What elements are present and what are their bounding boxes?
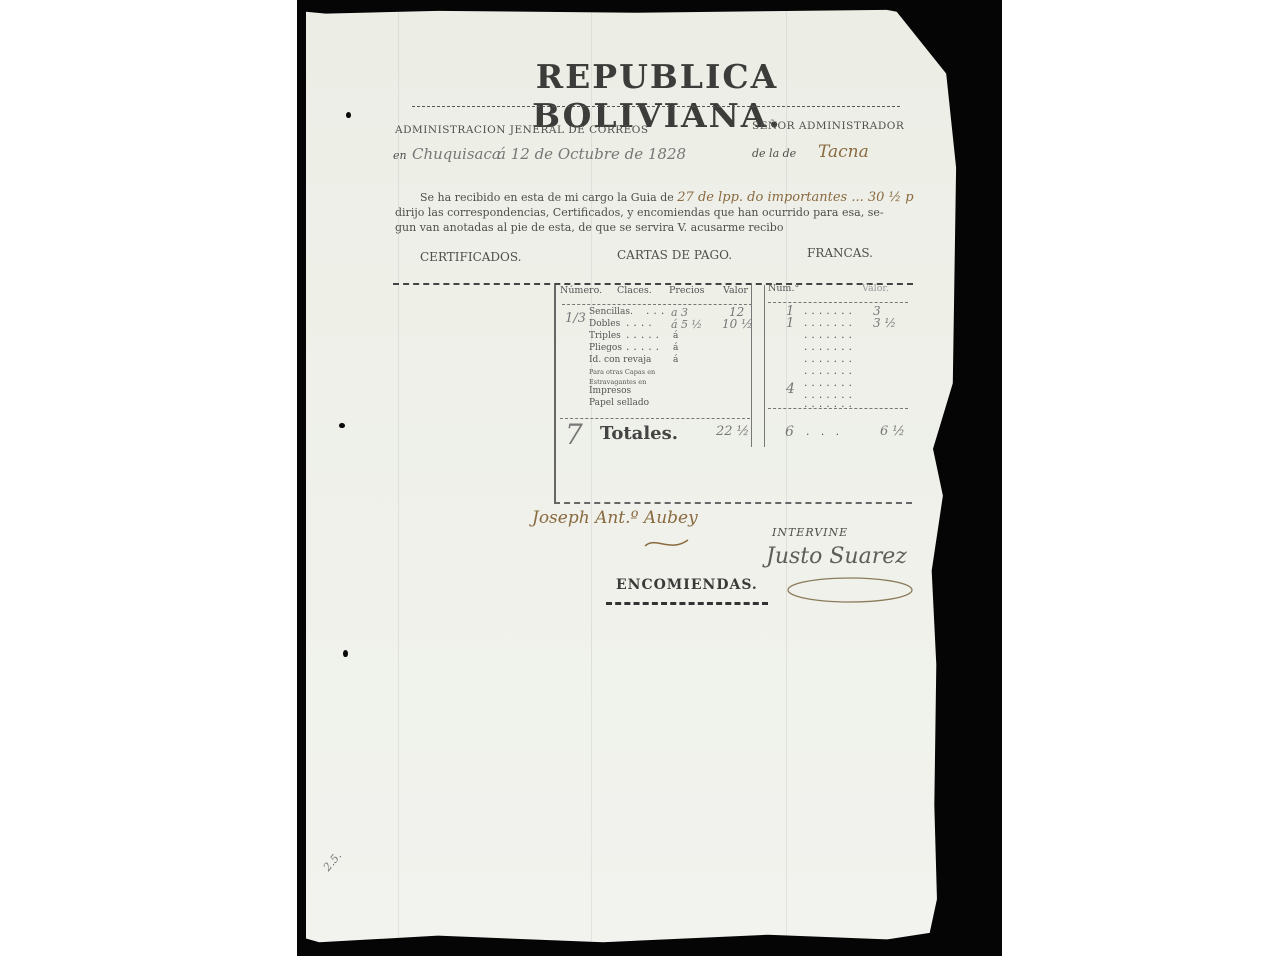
precio-dobles: á 5 ½ xyxy=(671,318,702,331)
leader-dots: ....... xyxy=(803,355,855,365)
punch-hole-mark xyxy=(343,650,348,657)
section-certificados: CERTIFICADOS. xyxy=(420,250,522,264)
leader-dots: . . . xyxy=(805,428,842,438)
leader-dots: ... xyxy=(645,307,667,317)
punch-hole-mark xyxy=(346,112,351,118)
leader-dots: ....... xyxy=(803,307,855,317)
addressee-place-handwritten: Tacna xyxy=(818,142,869,162)
col-header-valor-francas: Valor. xyxy=(862,283,889,294)
signature-left: Joseph Ant.º Aubey xyxy=(532,508,698,528)
interventor-label: INTERVINE xyxy=(772,526,848,539)
punch-hole-mark xyxy=(339,423,345,428)
place-handwritten: Chuquisaca xyxy=(412,145,501,163)
addressee-header: SEÑOR ADMINISTRADOR xyxy=(752,120,904,132)
row-label-otras-capas: Para otras Capas en xyxy=(589,368,655,376)
body-line-2: dirijo las correspondencias, Certificado… xyxy=(395,205,915,220)
leader-dots: ..... xyxy=(625,331,662,341)
col-header-valor: Valor xyxy=(723,285,748,296)
table-column-divider xyxy=(764,285,765,447)
body-line-3: gun van anotadas al pie de esta, de que … xyxy=(395,220,915,235)
place-prefix: en xyxy=(393,149,407,162)
totals-num-francas: 6 xyxy=(785,424,794,440)
totals-numero: 7 xyxy=(565,418,583,451)
leader-dots: ..... xyxy=(625,343,662,353)
col-header-precios: Precios xyxy=(669,285,705,296)
leader-dots: ....... xyxy=(803,400,855,410)
row-label-papel-sellado: Papel sellado xyxy=(589,398,649,408)
row-label-estravagantes: Estravagantes en xyxy=(589,378,646,386)
row-label-dobles: Dobles xyxy=(589,319,620,329)
table-totals-rule xyxy=(560,418,750,419)
row-numero-handwritten: 1/3 xyxy=(565,311,586,326)
section-francas: FRANCAS. xyxy=(807,246,873,260)
leader-dots: ....... xyxy=(803,343,855,353)
precio-triples: á xyxy=(673,331,678,341)
row-label-pliegos: Pliegos xyxy=(589,343,622,353)
table-column-divider xyxy=(751,285,752,447)
signature-right: Justo Suarez xyxy=(766,544,907,569)
row-label-sencillas: Sencillas. xyxy=(589,307,633,317)
signature-flourish-right xyxy=(780,570,930,610)
row-label-triples: Triples xyxy=(589,331,621,341)
signature-flourish-left xyxy=(640,528,700,558)
totals-valor-francas: 6 ½ xyxy=(880,424,905,439)
row-label-impresos: Impresos xyxy=(589,386,631,396)
leader-dots: ....... xyxy=(803,331,855,341)
row-label-revaja: Id. con revaja xyxy=(589,355,651,365)
col-header-claces: Claces. xyxy=(617,285,652,296)
body-paragraph: Se ha recibido en esta de mi cargo la Gu… xyxy=(395,190,915,235)
leader-dots: ....... xyxy=(803,367,855,377)
title-divider xyxy=(412,106,900,107)
num-francas-impresos: 4 xyxy=(786,381,795,397)
date-handwritten: á 12 de Octubre de 1828 xyxy=(497,145,686,163)
num-francas-dobles: 1 xyxy=(786,316,794,331)
body-line-1-printed: Se ha recibido en esta de mi cargo la Gu… xyxy=(420,191,674,204)
office-header: ADMINISTRACION JENERAL DE CORREOS xyxy=(395,124,649,136)
valor-dobles: 10 ½ xyxy=(722,317,753,331)
table-header-rule xyxy=(768,302,908,303)
col-header-numero: Número. xyxy=(560,285,602,296)
leader-dots: .... xyxy=(625,319,655,329)
table-header-rule xyxy=(562,304,752,305)
body-line-1-handwritten: 27 de lpp. do importantes ... 30 ½ p xyxy=(677,190,913,205)
encomiendas-underline xyxy=(606,602,768,605)
section-cartas-de-pago: CARTAS DE PAGO. xyxy=(617,248,732,262)
leader-dots: ....... xyxy=(803,319,855,329)
encomiendas-label: ENCOMIENDAS. xyxy=(616,577,758,593)
precio-pliegos: á xyxy=(673,343,678,353)
precio-revaja: á xyxy=(673,355,678,365)
col-header-num-francas: Núm.° xyxy=(768,283,799,294)
addressee-prefix: de la de xyxy=(752,147,796,160)
totals-valor: 22 ½ xyxy=(716,424,749,439)
totals-label: Totales. xyxy=(600,423,678,444)
valor-francas-dobles: 3 ½ xyxy=(873,316,896,330)
leader-dots: ....... xyxy=(803,379,855,389)
